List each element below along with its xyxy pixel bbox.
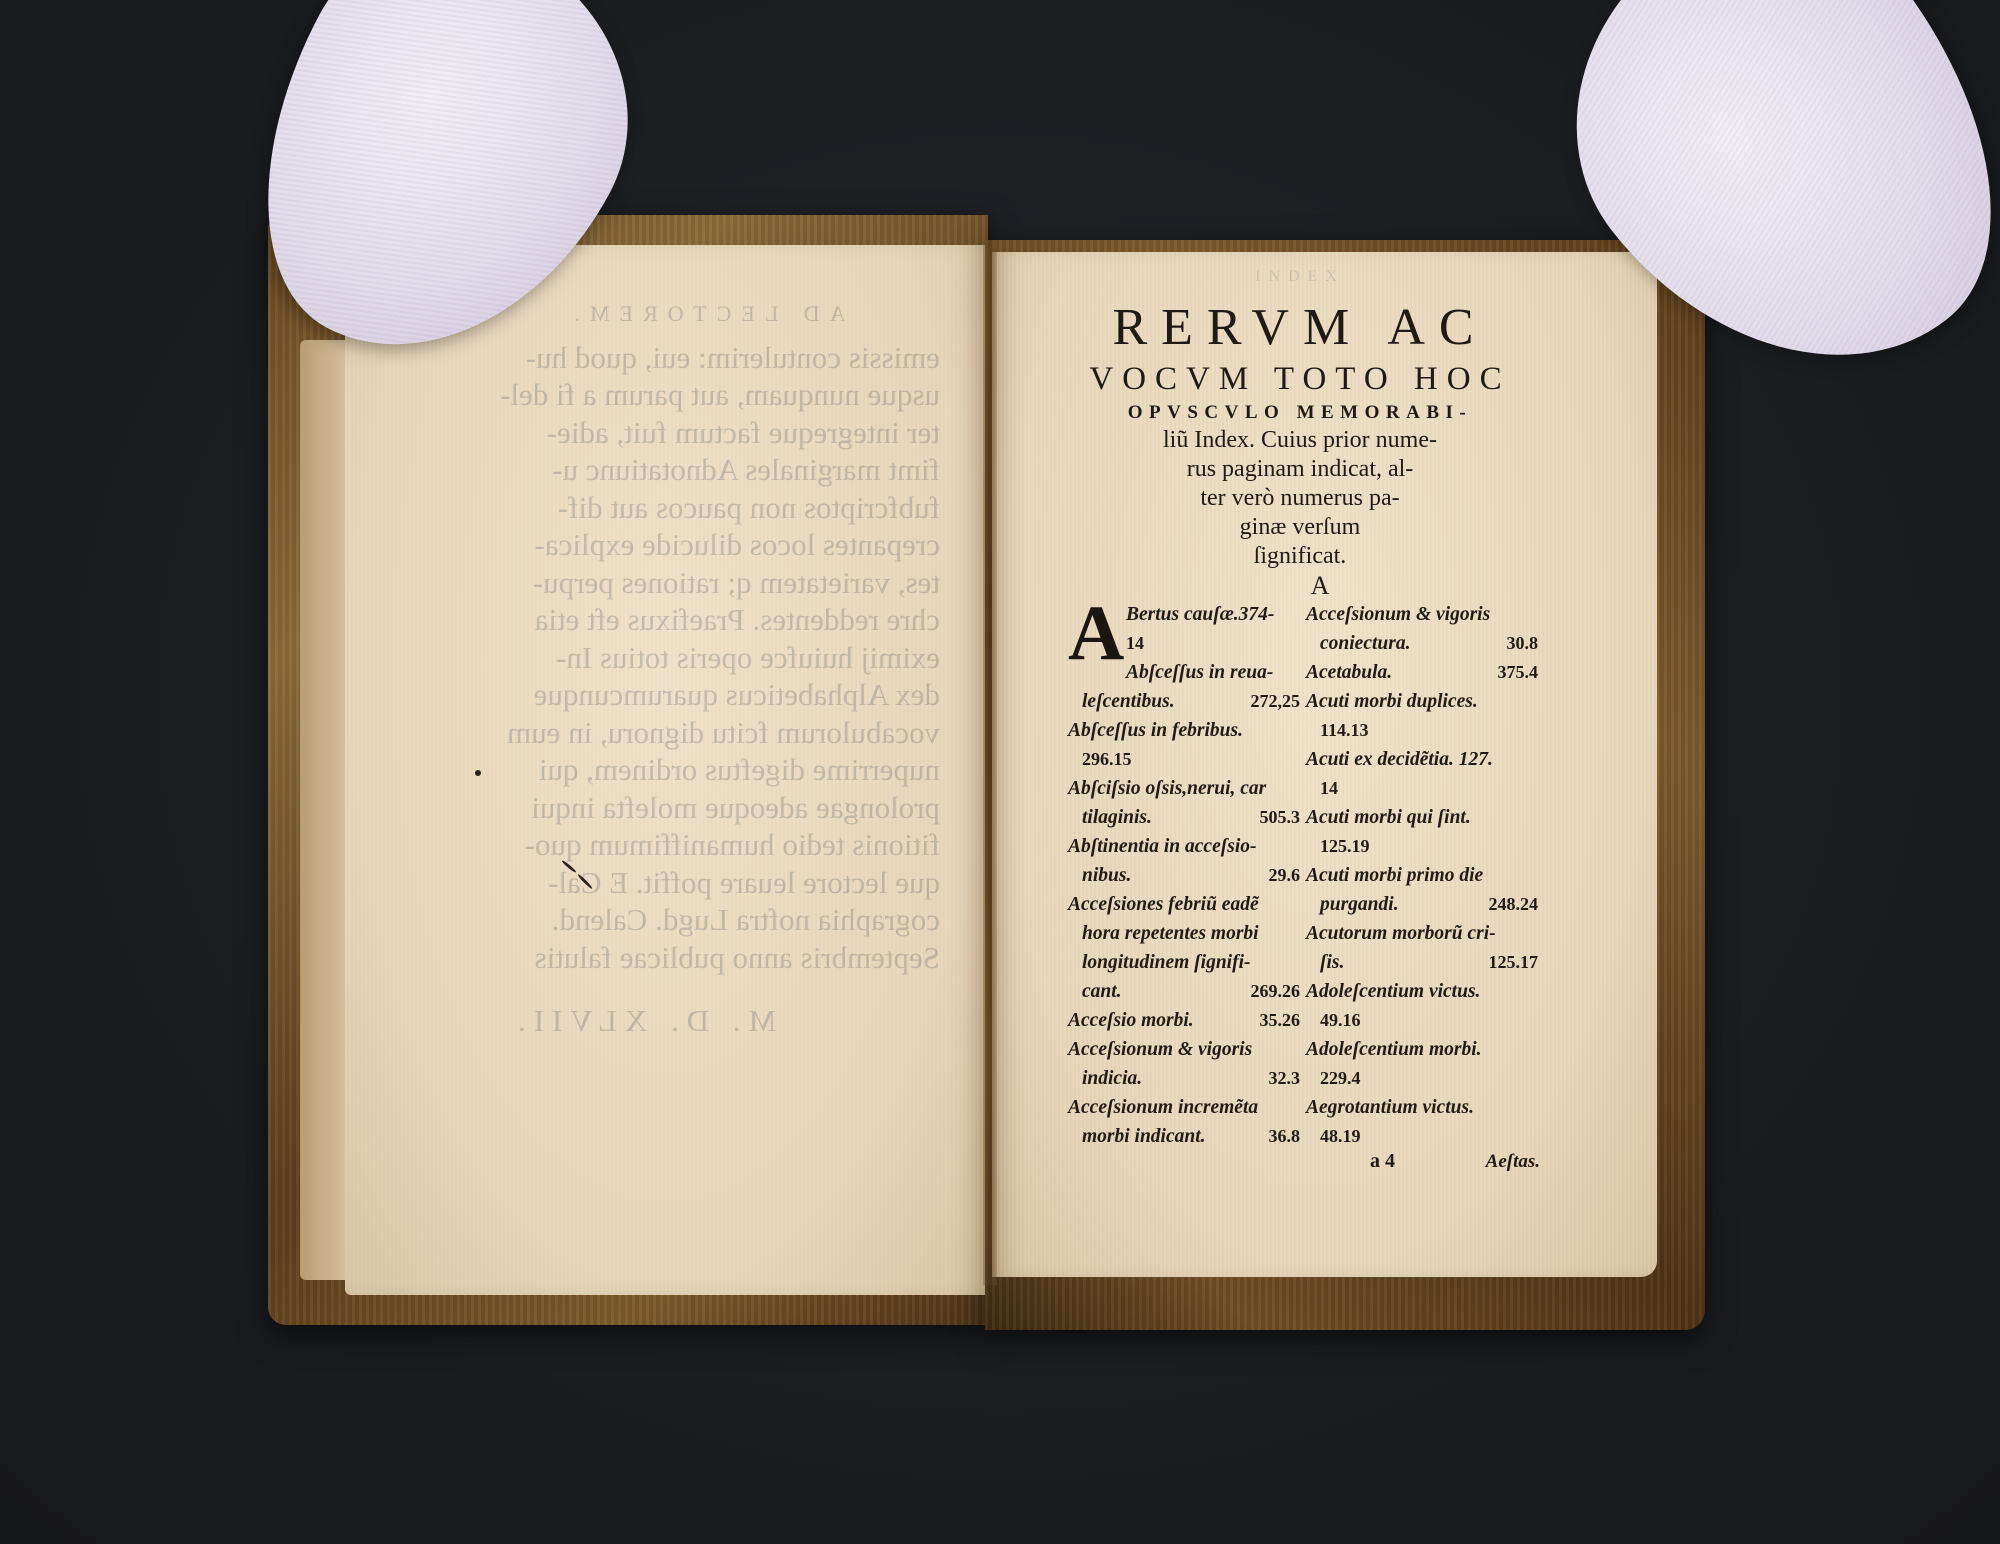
index-entry: A Bertus cauſæ.374- 14 Abſceſſus in reua…	[1068, 600, 1300, 687]
index-entry: Adoleſcentium victus. 49.16	[1306, 977, 1538, 1035]
index-entry: Acuti morbi duplices. 114.13	[1306, 687, 1538, 745]
bleed-through-text: AD LECTOREM. emissis contulerim: eui, qu…	[470, 295, 940, 1040]
book-gutter	[983, 240, 997, 1285]
title-line-3: OPVSCVLO MEMORABI-	[1065, 400, 1535, 426]
flyleaf-edge	[300, 340, 350, 1280]
index-entry: Acutorum morborũ cri- ſis.125.17	[1306, 919, 1538, 977]
index-columns: A Bertus cauſæ.374- 14 Abſceſſus in reua…	[1068, 600, 1538, 1151]
index-column-left: A Bertus cauſæ.374- 14 Abſceſſus in reua…	[1068, 600, 1300, 1151]
index-entry: Acuti morbi primo die purgandi.248.24	[1306, 861, 1538, 919]
index-entry: Acceſsionum incremẽta morbi indicant.36.…	[1068, 1093, 1300, 1151]
index-entry: Acetabula.375.4	[1306, 658, 1538, 687]
index-entry: Adoleſcentium morbi. 229.4	[1306, 1035, 1538, 1093]
running-head-bleed: INDEX	[1080, 268, 1520, 286]
title-line-1: RERVM AC	[1065, 300, 1535, 356]
catchword: Aeſtas.	[1486, 1151, 1540, 1173]
index-entry: leſcentibus.272,25	[1068, 687, 1300, 716]
index-heading: RERVM AC VOCVM TOTO HOC OPVSCVLO MEMORAB…	[1065, 300, 1535, 601]
section-letter: A	[1065, 571, 1535, 601]
index-entry: Abſtinentia in acceſsio- nibus.29.6	[1068, 832, 1300, 890]
index-entry: Acuti ex decidẽtia. 127. 14	[1306, 745, 1538, 803]
index-entry: Acceſsionum & vigoris indicia.32.3	[1068, 1035, 1300, 1093]
signature-mark: a 4	[1370, 1150, 1395, 1173]
index-entry: Acceſsionum & vigoris coniectura.30.8	[1306, 600, 1538, 658]
index-entry: Abſciſsio oſsis,nerui, car tilaginis.505…	[1068, 774, 1300, 832]
drop-cap: A	[1068, 598, 1124, 668]
index-entry: Aegrotantium victus. 48.19	[1306, 1093, 1538, 1151]
index-entry: Acceſsio morbi.35.26	[1068, 1006, 1300, 1035]
index-column-right: Acceſsionum & vigoris coniectura.30.8 Ac…	[1306, 600, 1538, 1151]
ink-spot	[475, 770, 481, 776]
title-line-2: VOCVM TOTO HOC	[1065, 360, 1535, 398]
page-footer: a 4 Aeſtas.	[1370, 1150, 1540, 1173]
index-intro: liũ Index. Cuius prior nume- rus paginam…	[1065, 426, 1535, 571]
index-entry: Acuti morbi qui ſint. 125.19	[1306, 803, 1538, 861]
index-entry: Acceſsiones febriũ eadẽ hora repetentes …	[1068, 890, 1300, 1006]
index-entry: Abſceſſus in febribus. 296.15	[1068, 716, 1300, 774]
